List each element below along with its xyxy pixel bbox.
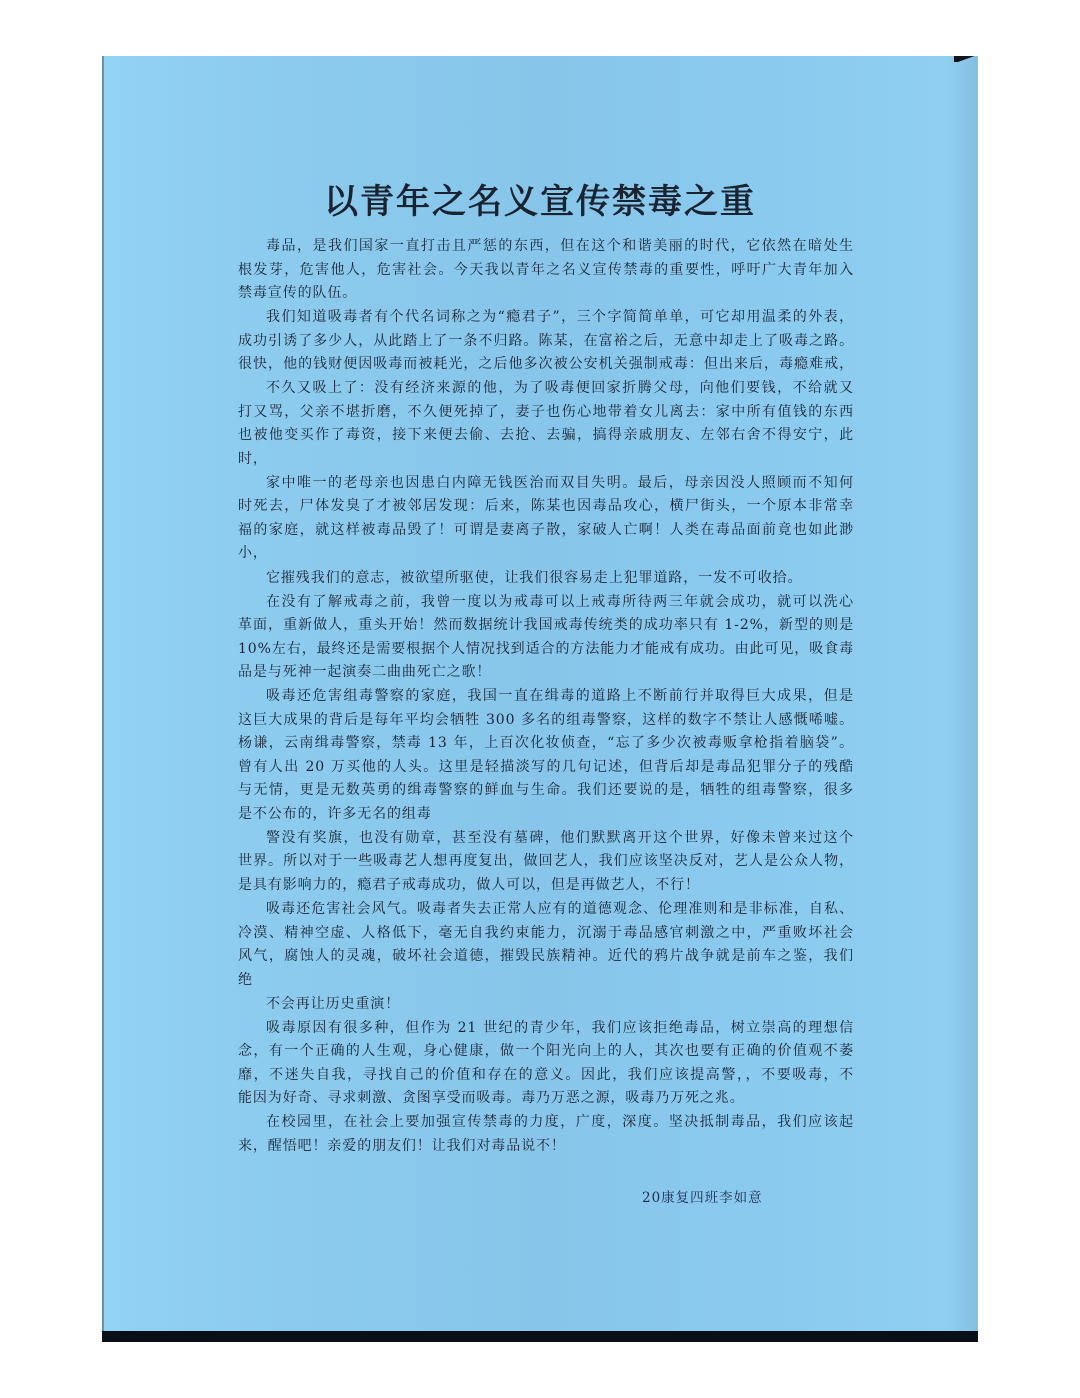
text-line: 福的家庭，就这样被毒品毁了！可谓是妻离子散，家破人亡啊！人类在毒品面前竟也如此渺: [238, 522, 854, 538]
text-line: 杨谦，云南缉毒警察，禁毒 13 年，上百次化妆侦查，“忘了多少次被毒贩拿枪指着脑…: [238, 735, 854, 751]
text-line: 毒品，是我们国家一直打击且严惩的东西，但在这个和谐美丽的时代，它依然在暗处生: [266, 238, 854, 254]
text-line: 靡，不迷失自我，寻找自己的价值和存在的意义。因此，我们应该提高警，，不要吸毒，不: [238, 1067, 854, 1083]
text-line: 是不公布的，许多无名的组毒: [238, 806, 854, 822]
document-title: 以青年之名义宣传禁毒之重: [102, 174, 978, 223]
text-line: 成功引诱了多少人，从此踏上了一条不归路。陈某，在富裕之后，无意中却走上了吸毒之路…: [238, 333, 854, 349]
scanner-bottom-edge: [102, 1331, 978, 1342]
text-line: 根发芽，危害他人，危害社会。今天我以青年之名义宣传禁毒的重要性，呼吁广大青年加入: [238, 262, 854, 278]
text-line: 不久又吸上了：没有经济来源的他，为了吸毒便回家折腾父母，向他们要钱，不给就又: [266, 380, 854, 396]
text-line: 时死去，尸体发臭了才被邻居发现：后来，陈某也因毒品攻心，横尸街头，一个原本非常幸: [238, 498, 854, 514]
text-line: 打又骂，父亲不堪折磨，不久便死掉了，妻子也伤心地带着女儿离去：家中所有值钱的东西: [238, 404, 854, 420]
author-signature: 20康复四班李如意: [642, 1186, 763, 1206]
text-line: 警没有奖旗，也没有勋章，甚至没有墓碑，他们默默离开这个世界，好像未曾来过这个: [266, 830, 854, 846]
text-line: 革面，重新做人，重头开始！然而数据统计我国戒毒传统类的成功率只有 1-2%，新型…: [238, 617, 854, 633]
text-line: 这巨大成果的背后是每年平均会牺牲 300 多名的组毒警察，这样的数字不禁让人感慨…: [238, 712, 854, 728]
text-line: 我们知道吸毒者有个代名词称之为“瘾君子”，三个字简简单单，可它却用温柔的外表，: [266, 309, 854, 325]
text-line: 在没有了解戒毒之前，我曾一度以为戒毒可以上戒毒所待两三年就会成功，就可以洗心: [266, 594, 854, 610]
text-line: 绝: [238, 972, 854, 988]
text-line: 时，: [238, 451, 854, 467]
text-line: 念，有一个正确的人生观，身心健康，做一个阳光向上的人，其次也要有正确的价值观不萎: [238, 1043, 854, 1059]
text-line: 与无情，更是无数英勇的缉毒警察的鲜血与生命。我们还要说的是，牺牲的组毒警察，很多: [238, 782, 854, 798]
text-line: 小，: [238, 545, 854, 561]
text-line: 能因为好奇、寻求刺激、贪图享受而吸毒。毒乃万恶之源，吸毒乃万死之兆。: [238, 1090, 854, 1106]
text-line: 世界。所以对于一些吸毒艺人想再度复出，做回艺人，我们应该坚决反对，艺人是公众人物…: [238, 853, 854, 869]
paper-corner-curl: [954, 56, 978, 62]
text-line: 也被他变买作了毒资，接下来便去偷、去抢、去骗，搞得亲戚朋友、左邻右舍不得安宁，此: [238, 427, 854, 443]
text-line: 冷漠、精神空虚、人格低下，毫无自我约束能力，沉溺于毒品感官刺激之中，严重败坏社会: [238, 925, 854, 941]
text-line: 它摧残我们的意志，被欲望所驱使，让我们很容易走上犯罪道路，一发不可收拾。: [266, 570, 854, 586]
text-line: 在校园里，在社会上要加强宣传禁毒的力度，广度，深度。坚决抵制毒品，我们应该起: [266, 1114, 854, 1130]
text-line: 很快，他的钱财便因吸毒而被耗光，之后他多次被公安机关强制戒毒：但出来后，毒瘾难戒…: [238, 356, 854, 372]
text-line: 曾有人出 20 万买他的人头。这里是轻描淡写的几句记述，但背后却是毒品犯罪分子的…: [238, 759, 854, 775]
text-line: 吸毒还危害组毒警察的家庭，我国一直在缉毒的道路上不断前行并取得巨大成果，但是: [266, 688, 854, 704]
text-line: 品是与死神一起演奏二曲曲死亡之歌！: [238, 664, 854, 680]
text-line: 不会再让历史重演！: [266, 996, 854, 1012]
text-line: 风气，腐蚀人的灵魂，破坏社会道德，摧毁民族精神。近代的鸦片战争就是前车之鉴，我们: [238, 948, 854, 964]
text-line: 禁毒宣传的队伍。: [238, 285, 854, 301]
text-line: 来，醒悟吧！亲爱的朋友们！让我们对毒品说不！: [238, 1138, 854, 1154]
text-line: 是具有影响力的，瘾君子戒毒成功，做人可以，但是再做艺人，不行！: [238, 877, 854, 893]
text-line: 吸毒原因有很多种，但作为 21 世纪的青少年，我们应该拒绝毒品，树立崇高的理想信: [266, 1020, 854, 1036]
text-line: 10%左右，最终还是需要根据个人情况找到适合的方法能力才能戒有成功。由此可见，吸…: [238, 641, 854, 657]
text-line: 吸毒还危害社会风气。吸毒者失去正常人应有的道德观念、伦理准则和是非标准，自私、: [266, 901, 854, 917]
text-line: 家中唯一的老母亲也因患白内障无钱医治而双目失明。最后，母亲因没人照顾而不知何: [266, 475, 854, 491]
